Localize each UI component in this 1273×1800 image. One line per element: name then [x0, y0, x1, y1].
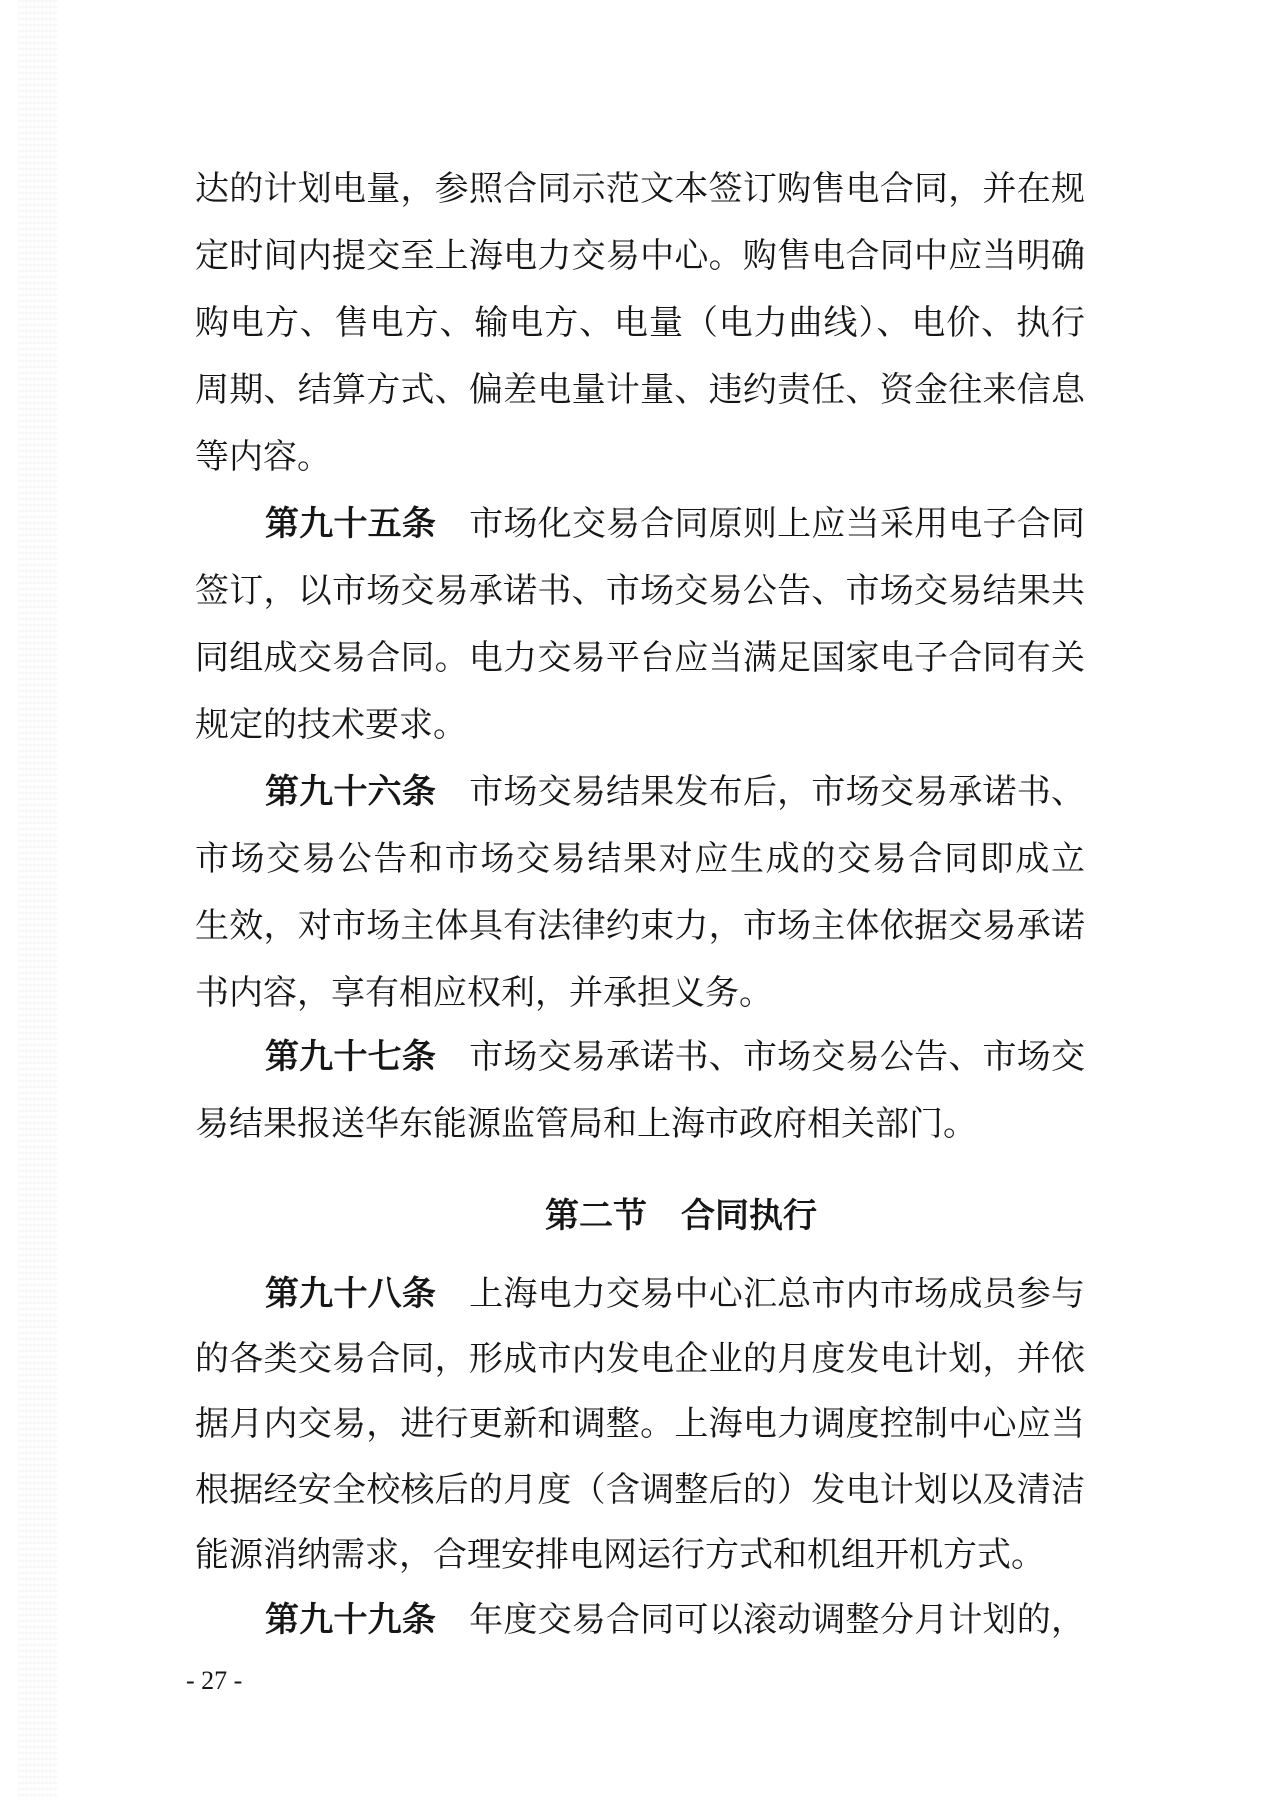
- text-line: 易结果报送华东能源监管局和上海市政府相关部门。: [195, 1106, 1085, 1144]
- article-text: 市场化交易合同原则上应当采用电子合同: [469, 506, 1085, 543]
- document-page: 达的计划电量，参照合同示范文本签订购售电合同，并在规 定时间内提交至上海电力交易…: [0, 0, 1273, 1800]
- text-line: 市场交易公告和市场交易结果对应生成的交易合同即成立: [195, 841, 1085, 879]
- article-number: 第九十九条: [265, 1602, 436, 1639]
- article-text: 年度交易合同可以滚动调整分月计划的，: [469, 1602, 1085, 1639]
- article-number: 第九十七条: [265, 1039, 436, 1076]
- text-line: 能源消纳需求，合理安排电网运行方式和机组开机方式。: [195, 1537, 1085, 1575]
- article-number: 第九十八条: [265, 1276, 436, 1313]
- article-number: 第九十六条: [265, 774, 436, 811]
- text-line: 定时间内提交至上海电力交易中心。购售电合同中应当明确: [195, 238, 1085, 276]
- text-line: 书内容，享有相应权利，并承担义务。: [195, 975, 1085, 1013]
- text-line: 签订，以市场交易承诺书、市场交易公告、市场交易结果共: [195, 573, 1085, 611]
- article-96-line: 第九十六条市场交易结果发布后，市场交易承诺书、: [195, 774, 1085, 812]
- text-line: 据月内交易，进行更新和调整。上海电力调度控制中心应当: [195, 1406, 1085, 1444]
- article-97-line: 第九十七条市场交易承诺书、市场交易公告、市场交: [195, 1039, 1085, 1077]
- article-text: 市场交易承诺书、市场交易公告、市场交: [469, 1039, 1085, 1076]
- article-text: 市场交易结果发布后，市场交易承诺书、: [469, 774, 1085, 811]
- article-number: 第九十五条: [265, 506, 436, 543]
- text-line: 达的计划电量，参照合同示范文本签订购售电合同，并在规: [195, 171, 1085, 209]
- article-95-line: 第九十五条市场化交易合同原则上应当采用电子合同: [195, 506, 1085, 544]
- text-line: 周期、结算方式、偏差电量计量、违约责任、资金往来信息: [195, 372, 1085, 410]
- text-line: 规定的技术要求。: [195, 707, 1085, 745]
- text-line: 等内容。: [195, 439, 1085, 477]
- section-heading: 第二节 合同执行: [545, 1198, 817, 1236]
- article-99-line: 第九十九条年度交易合同可以滚动调整分月计划的，: [195, 1602, 1085, 1640]
- page-number: - 27 -: [186, 1666, 242, 1696]
- text-line: 生效，对市场主体具有法律约束力，市场主体依据交易承诺: [195, 908, 1085, 946]
- text-line: 的各类交易合同，形成市内发电企业的月度发电计划，并依: [195, 1341, 1085, 1379]
- article-98-line: 第九十八条上海电力交易中心汇总市内市场成员参与: [195, 1276, 1085, 1314]
- article-text: 上海电力交易中心汇总市内市场成员参与: [469, 1276, 1085, 1313]
- scan-noise-band: [18, 0, 58, 1800]
- text-line: 同组成交易合同。电力交易平台应当满足国家电子合同有关: [195, 640, 1085, 678]
- text-line: 根据经安全校核后的月度（含调整后的）发电计划以及清洁: [195, 1472, 1085, 1510]
- text-line: 购电方、售电方、输电方、电量（电力曲线）、电价、执行: [195, 305, 1085, 343]
